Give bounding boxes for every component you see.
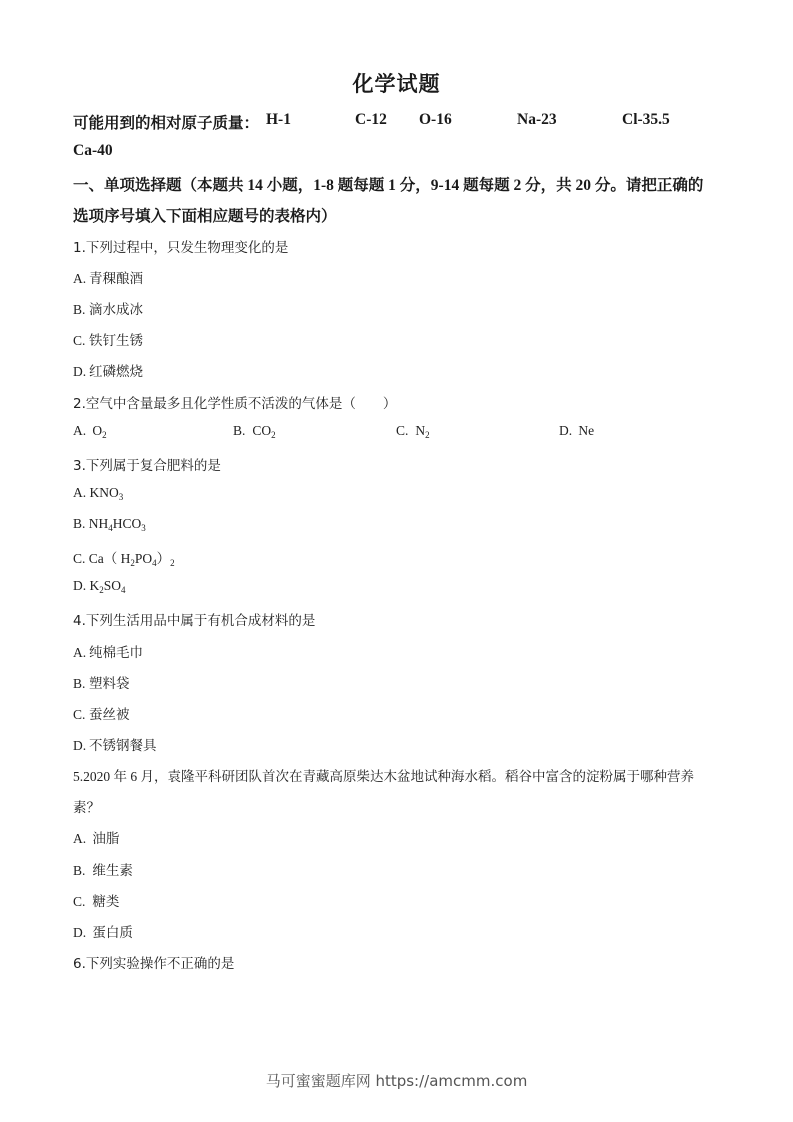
question-4-option-d: D.不锈钢餐具 [73,734,157,754]
question-3-stem: 3.下列属于复合肥料的是 [73,454,221,474]
question-5-option-a: A. 油脂 [73,827,119,847]
atomic-mass-o: O-16 [419,111,452,129]
question-4-option-b: B.塑料袋 [73,672,130,692]
question-1-option-c: C.铁钉生锈 [73,329,143,349]
atomic-mass-label: 可能用到的相对原子质量： [73,111,259,133]
section-heading: 一、单项选择题（本题共 14 小题，1-8 题每题 1 分，9-14 题每题 2… [73,173,703,195]
question-5-option-c: C. 糖类 [73,890,119,910]
document-title: 化学试题 [0,68,793,98]
question-3-option-c: C. Ca（ H2PO4）2 [73,547,175,567]
question-3-option-b: B. NH4HCO3 [73,516,146,532]
atomic-mass-h: H-1 [266,111,291,129]
question-1-option-b: B.滴水成冰 [73,298,143,318]
question-2-option-b: B. CO2 [233,423,276,439]
question-3-option-d: D. K2SO4 [73,578,126,594]
section-heading-cont: 选项序号填入下面相应题号的表格内） [73,204,337,226]
question-3-option-a: A. KNO3 [73,485,123,501]
question-5-option-b: B. 维生素 [73,859,133,879]
question-2-stem: 2.空气中含量最多且化学性质不活泼的气体是（ ） [73,392,396,412]
question-5-option-d: D. 蛋白质 [73,921,133,941]
question-4-option-a: A.纯棉毛巾 [73,641,143,661]
question-5-stem-cont: 素？ [73,796,100,816]
question-1-option-d: D.红磷燃烧 [73,360,143,380]
atomic-mass-c: C-12 [355,111,387,129]
question-2-option-a: A. O2 [73,423,107,439]
question-2-option-d: D. Ne [559,423,594,439]
question-4-stem: 4.下列生活用品中属于有机合成材料的是 [73,609,315,629]
question-1-stem: 1.下列过程中，只发生物理变化的是 [73,236,288,256]
question-6-stem: 6.下列实验操作不正确的是 [73,952,234,972]
atomic-mass-na: Na-23 [517,111,557,129]
question-2-option-c: C. N2 [396,423,430,439]
atomic-mass-ca: Ca-40 [73,142,113,160]
question-1-option-a: A.青稞酿酒 [73,267,143,287]
question-5-stem: 5.2020 年 6 月，袁隆平科研团队首次在青藏高原柴达木盆地试种海水稻。稻谷… [73,765,694,785]
atomic-mass-cl: Cl-35.5 [622,111,670,129]
footer-watermark: 马可蜜蜜题库网 https://amcmm.com [0,1070,793,1091]
question-4-option-c: C.蚕丝被 [73,703,130,723]
